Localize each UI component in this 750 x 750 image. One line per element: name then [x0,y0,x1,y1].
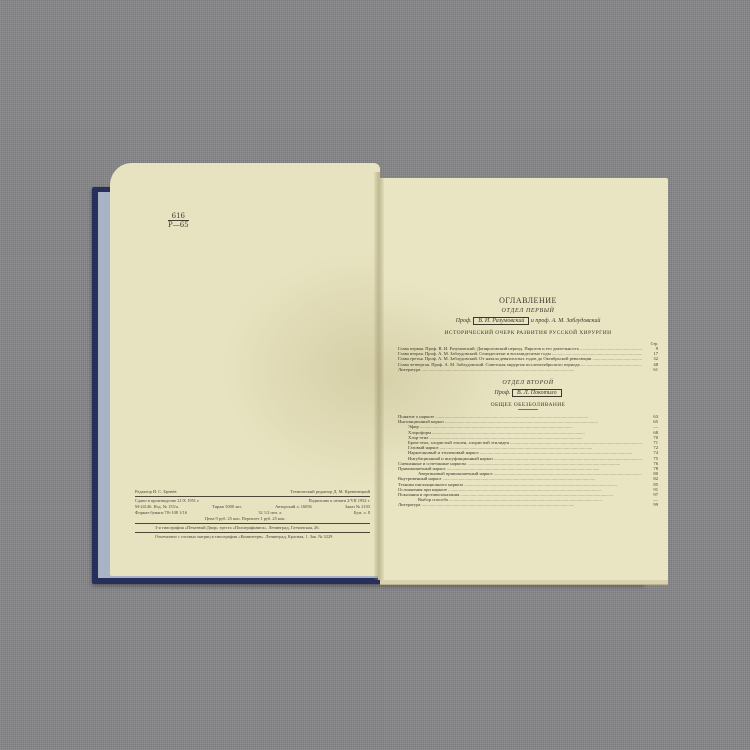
section1-label: ОТДЕЛ ПЕРВЫЙ [398,308,658,314]
toc-entry: Литература61 [398,367,658,372]
library-class-code: 616 Р—65 [168,212,189,229]
toc-title: ОГЛАВЛЕНИЕ [398,296,658,305]
tech-editor-credit: Технический редактор Д. М. Кременецкий [290,489,370,495]
divider [518,409,538,410]
section1-authors: Проф. В. И. Разумовский и проф. А. М. За… [398,317,658,325]
printer-line: 3-я типография «Печатный Двор» треста «П… [155,525,320,531]
matrices-line: Отпечатано с готовых матриц в типографии… [155,534,332,540]
table-of-contents: ОГЛАВЛЕНИЕ ОТДЕЛ ПЕРВЫЙ Проф. В. И. Разу… [398,296,658,508]
book-gutter [374,172,384,580]
section1-entries: Глава первая. Проф. В. И. Разумовский. Д… [398,346,658,372]
section1-heading: ИСТОРИЧЕСКИЙ ОЧЕРК РАЗВИТИЯ РУССКОЙ ХИРУ… [398,330,658,336]
editor-credit: Редактор И. С. Бренёв [135,489,176,495]
section2-entries: Понятие о наркозе63 Ингаляционный наркоз… [398,414,658,508]
colophon: Редактор И. С. Бренёв Технический редакт… [135,489,370,540]
section2-authors: Проф. В. Л. Покотило [398,389,658,397]
section2-label: ОТДЕЛ ВТОРОЙ [398,380,658,386]
section2-heading: ОБЩЕЕ ОБЕЗБОЛИВАНИЕ [398,402,658,408]
toc-entry: Литература99 [398,502,658,507]
